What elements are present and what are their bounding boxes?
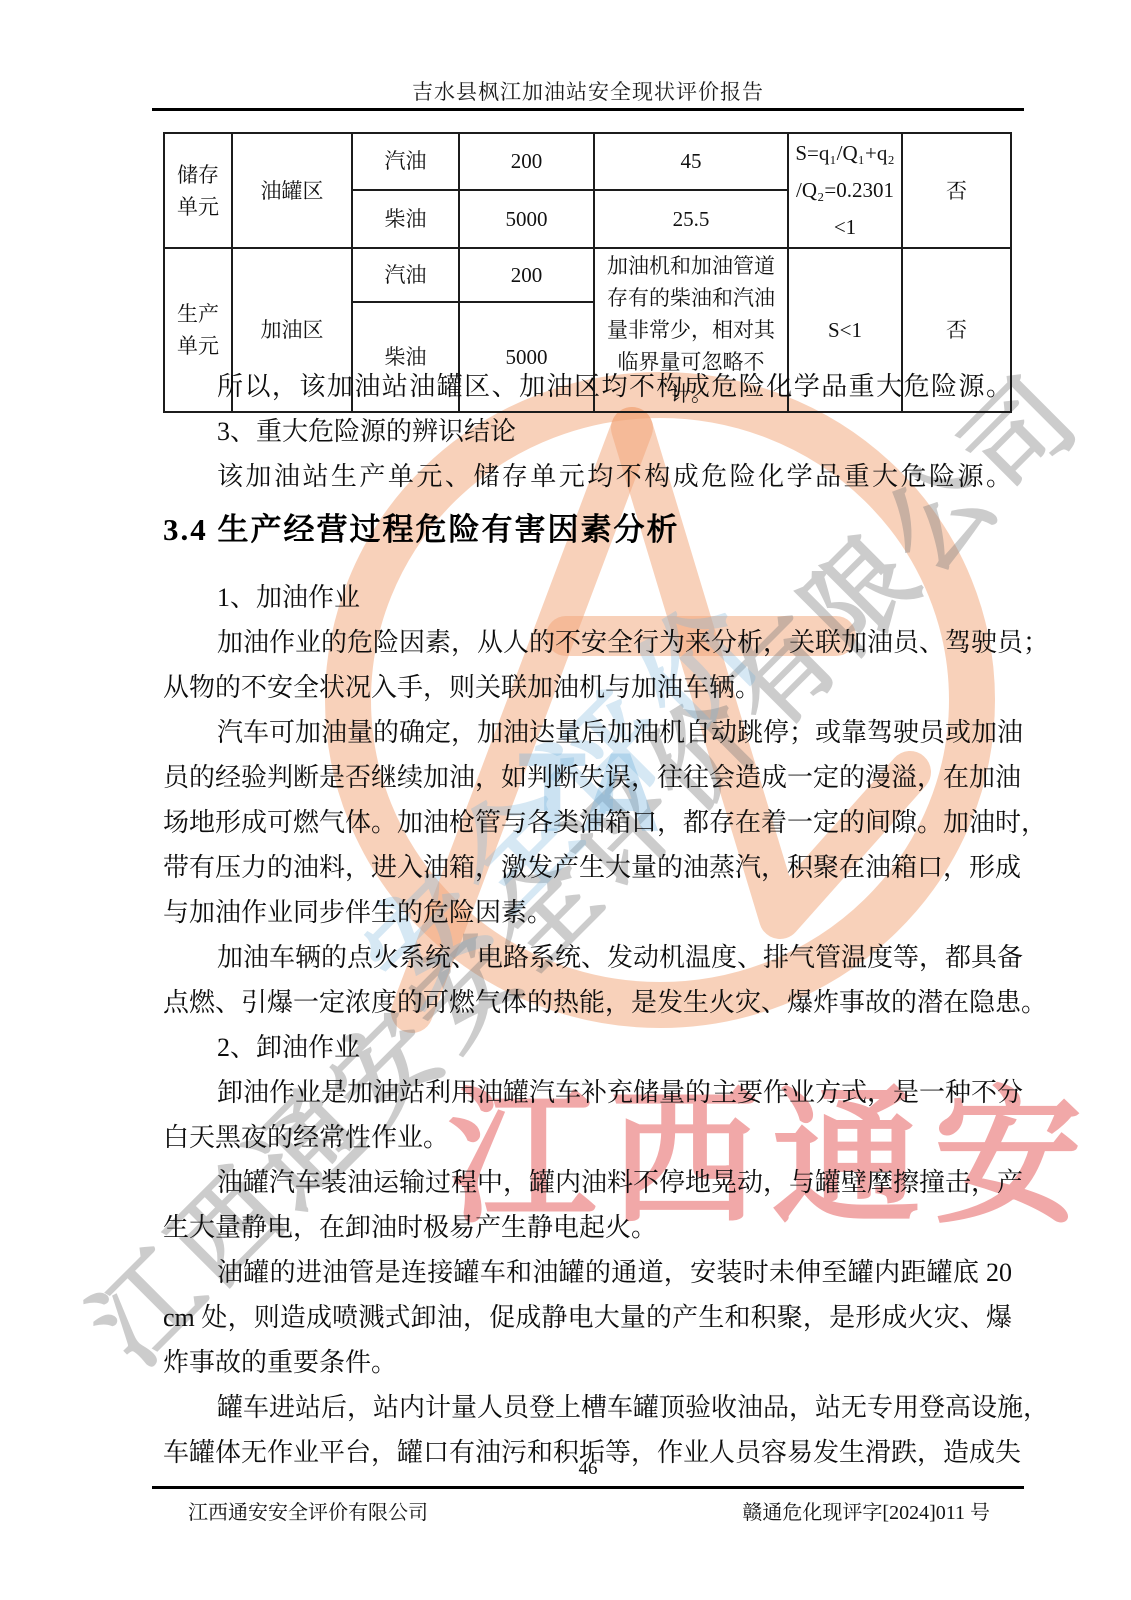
cell-s-formula: S=q₁/Q₁+q₂ /Q₂=0.2301 <1 bbox=[788, 133, 902, 248]
body-line: 3、重大危险源的辨识结论 bbox=[163, 409, 1012, 454]
body-line: 带有压力的油料，进入油箱，激发产生大量的油蒸汽，积聚在油箱口，形成 bbox=[163, 845, 1012, 890]
body-line: 该加油站生产单元、储存单元均不构成危险化学品重大危险源。 bbox=[163, 454, 1012, 499]
page-content: 吉水县枫江加油站安全现状评价报告 储存单元 油罐区 汽油 200 45 S=q₁… bbox=[152, 0, 1024, 1600]
body-line: 卸油作业是加油站利用油罐汽车补充储量的主要作业方式，是一种不分 bbox=[163, 1070, 1012, 1115]
cell-val: 45 bbox=[594, 133, 788, 190]
table-row: 储存单元 油罐区 汽油 200 45 S=q₁/Q₁+q₂ /Q₂=0.2301… bbox=[164, 133, 1011, 190]
body-line: 罐车进站后，站内计量人员登上槽车罐顶验收油品，站无专用登高设施， bbox=[163, 1385, 1012, 1430]
body-line: 白天黑夜的经常性作业。 bbox=[163, 1115, 1012, 1160]
report-header-title: 吉水县枫江加油站安全现状评价报告 bbox=[152, 76, 1024, 106]
body-line: 油罐的进油管是连接罐车和油罐的通道，安装时未伸至罐内距罐底 20 bbox=[163, 1250, 1012, 1295]
body-line: 生大量静电，在卸油时极易产生静电起火。 bbox=[163, 1205, 1012, 1250]
report-page: 江西通安安全评价有限公司 安全评价 TA 江西通安 吉水县枫江加油站安全现状评价… bbox=[0, 0, 1131, 1600]
body-line: 油罐汽车装油运输过程中，罐内油料不停地晃动，与罐壁摩擦撞击，产 bbox=[163, 1160, 1012, 1205]
body-text: 所以，该加油站油罐区、加油区均不构成危险化学品重大危险源。 3、重大危险源的辨识… bbox=[163, 364, 1012, 1475]
section-heading-3-4: 3.4 生产经营过程危险有害因素分析 bbox=[163, 507, 1012, 553]
body-line: 点燃、引爆一定浓度的可燃气体的热能，是发生火灾、爆炸事故的潜在隐患。 bbox=[163, 980, 1012, 1025]
body-line: 1、加油作业 bbox=[163, 575, 1012, 620]
cell-fuel-gasoline: 汽油 bbox=[352, 248, 459, 302]
body-line: 加油作业的危险因素，从人的不安全行为来分析，关联加油员、驾驶员； bbox=[163, 620, 1012, 665]
body-line: 加油车辆的点火系统、电路系统、发动机温度、排气管温度等，都具备 bbox=[163, 935, 1012, 980]
cell-fuel-diesel: 柴油 bbox=[352, 190, 459, 248]
body-line: 2、卸油作业 bbox=[163, 1025, 1012, 1070]
cell-qty: 200 bbox=[459, 133, 594, 190]
cell-storage-unit: 储存单元 bbox=[164, 133, 232, 248]
cell-major-hazard: 否 bbox=[902, 133, 1011, 248]
page-number: 46 bbox=[152, 1458, 1024, 1480]
table-row: 生产单元 加油区 汽油 200 加油机和加油管道存有的柴油和汽油量非常少，相对其… bbox=[164, 248, 1011, 302]
cell-tank-area: 油罐区 bbox=[232, 133, 352, 248]
body-line: cm 处，则造成喷溅式卸油，促成静电大量的产生和积聚，是形成火灾、爆 bbox=[163, 1295, 1012, 1340]
cell-qty: 200 bbox=[459, 248, 594, 302]
cell-val: 25.5 bbox=[594, 190, 788, 248]
cell-qty: 5000 bbox=[459, 190, 594, 248]
footer-company-name: 江西通安安全评价有限公司 bbox=[188, 1496, 428, 1525]
body-line: 所以，该加油站油罐区、加油区均不构成危险化学品重大危险源。 bbox=[163, 364, 1012, 409]
body-line: 员的经验判断是否继续加油，如判断失误，往往会造成一定的漫溢，在加油 bbox=[163, 755, 1012, 800]
header-divider bbox=[152, 108, 1024, 111]
body-line: 场地形成可燃气体。加油枪管与各类油箱口，都存在着一定的间隙。加油时， bbox=[163, 800, 1012, 845]
body-line: 汽车可加油量的确定，加油达量后加油机自动跳停；或靠驾驶员或加油 bbox=[163, 710, 1012, 755]
body-line: 与加油作业同步伴生的危险因素。 bbox=[163, 890, 1012, 935]
cell-fuel-gasoline: 汽油 bbox=[352, 133, 459, 190]
footer-divider bbox=[152, 1486, 1024, 1489]
footer-document-number: 赣通危化现评字[2024]011 号 bbox=[742, 1496, 990, 1525]
body-line: 从物的不安全状况入手，则关联加油机与加油车辆。 bbox=[163, 665, 1012, 710]
body-line: 炸事故的重要条件。 bbox=[163, 1340, 1012, 1385]
